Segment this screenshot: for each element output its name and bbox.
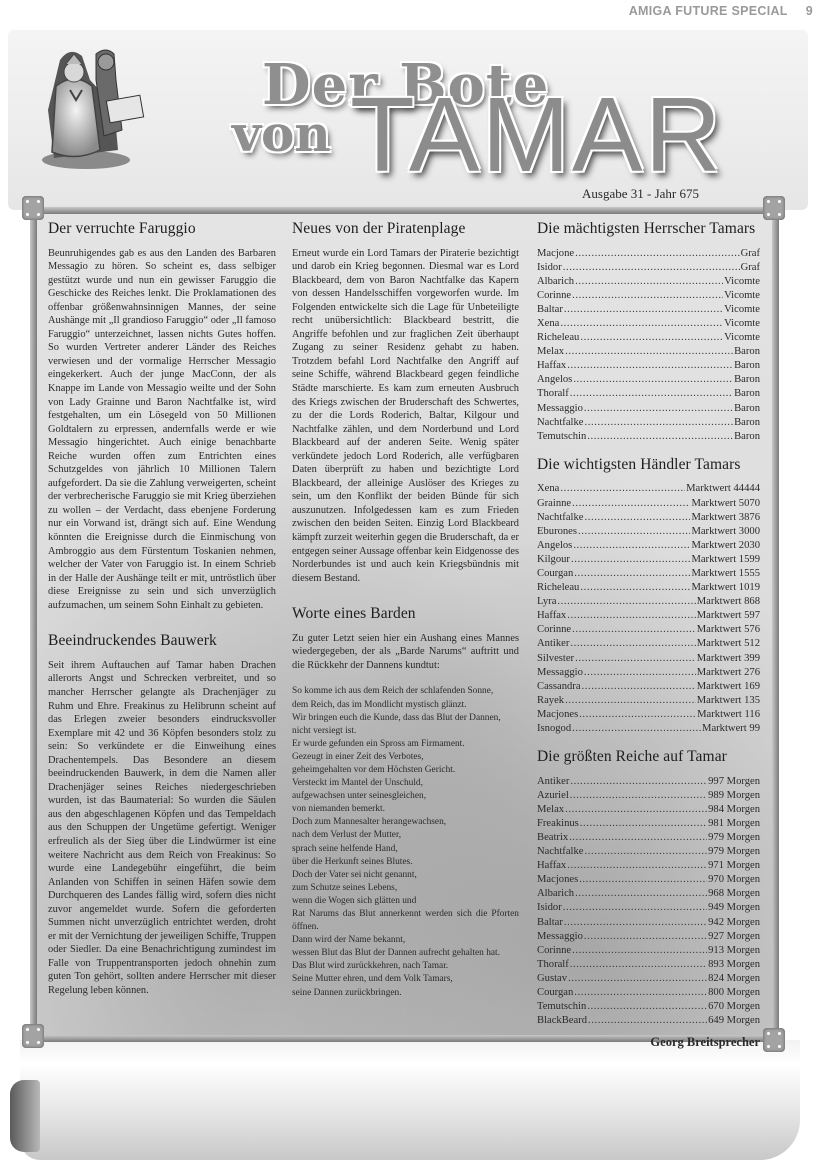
list-item: MacjonesMarktwert 116 [537,708,760,722]
list-item: Isidor949 Morgen [537,901,760,915]
traders-list: XenaMarktwert 44444 GrainneMarktwert 507… [537,482,760,736]
list-item: AlbarichVicomte [537,275,760,289]
list-item: Beatrix979 Morgen [537,831,760,845]
list-item: RayekMarktwert 135 [537,694,760,708]
poem-line: nicht versiegt ist. [292,725,519,738]
list-item: CorinneMarktwert 576 [537,623,760,637]
poem-line: Dann wird der Name bekannt, [292,934,519,947]
article-title: Der verruchte Faruggio [48,222,276,236]
poem-line: wenn die Wogen sich glätten und [292,895,519,908]
list-item: TemutschinBaron [537,430,760,444]
article-body: Zu guter Letzt seien hier ein Aushang ei… [292,632,519,673]
list-item: MessaggioBaron [537,402,760,416]
list-item: Macjones970 Morgen [537,873,760,887]
poem-line: Seine Mutter ehren, und dem Volk Tamars, [292,973,519,986]
list-item: RicheleauVicomte [537,331,760,345]
poem-line: sprach seine helfende Hand, [292,843,519,856]
list-item: Temutschin670 Morgen [537,1000,760,1014]
rod-knob-bottom-left [22,1024,44,1048]
scroll-roll-end [10,1080,40,1152]
list-item: AngelosMarktwert 2030 [537,539,760,553]
masthead-title-von: von [232,104,331,163]
issue-label: Ausgabe 31 - Jahr 675 [582,186,699,202]
list-item: AngelosBaron [537,373,760,387]
list-item: KilgourMarktwert 1599 [537,553,760,567]
list-item: Freakinus981 Morgen [537,817,760,831]
author-signature: Georg Breitsprecher [537,1036,760,1050]
list-item: BaltarVicomte [537,303,760,317]
list-item: Nachtfalke979 Morgen [537,845,760,859]
poem-line: aufgewachsen unter seinesgleichen, [292,790,519,803]
scroll-rod-top [36,207,781,214]
list-item: NachtfalkeMarktwert 3876 [537,511,760,525]
poem-line: dem Reich, das im Mondlicht mystisch glä… [292,699,519,712]
poem-line: wessen Blut das Blut der Dannen aufrecht… [292,947,519,960]
list-item: Thoralf893 Morgen [537,958,760,972]
column-left: Der verruchte Faruggio Beunruhigendes ga… [48,222,276,998]
scroll-rod-left [30,212,37,1037]
list-item: ThoralfBaron [537,387,760,401]
two-figures-reading-icon [30,40,150,172]
poem-line: von niemanden bemerkt. [292,803,519,816]
list-item: Azuriel989 Morgen [537,789,760,803]
poem-line: zum Schutze seines Lebens, [292,882,519,895]
list-item: IsnogodMarktwert 99 [537,722,760,736]
rod-knob-top-right [763,196,785,220]
list-item: SilvesterMarktwert 399 [537,652,760,666]
poem-line: Er wurde gefunden ein Spross am Firmamen… [292,738,519,751]
page-header: AMIGA FUTURE SPECIAL9 [629,4,813,18]
list-item: Albarich968 Morgen [537,887,760,901]
column-right: Die mächtigsten Herrscher Tamars Macjone… [537,222,760,1050]
list-item: MelaxBaron [537,345,760,359]
rulers-title: Die mächtigsten Herrscher Tamars [537,222,760,236]
list-item: Gustav824 Morgen [537,972,760,986]
list-item: HaffaxBaron [537,359,760,373]
poem-line: nach dem Verlust der Mutter, [292,829,519,842]
list-item: MessaggioMarktwert 276 [537,666,760,680]
list-item: Haffax971 Morgen [537,859,760,873]
column-middle: Neues von der Piratenplage Erneut wurde … [292,222,519,1000]
list-item: RicheleauMarktwert 1019 [537,581,760,595]
article-title: Worte eines Barden [292,607,519,621]
article-body: Erneut wurde ein Lord Tamars der Pirater… [292,247,519,586]
list-item: Antiker997 Morgen [537,775,760,789]
poem-line: über die Herkunft seines Blutes. [292,856,519,869]
page-number: 9 [806,4,813,18]
rod-knob-bottom-right [763,1028,785,1052]
poem-line: Rat Narums das Blut annerkennt werden si… [292,908,519,934]
poem-line: Wir bringen euch die Kunde, dass das Blu… [292,712,519,725]
list-item: CorinneVicomte [537,289,760,303]
article-title: Neues von der Piratenplage [292,222,519,236]
article-body: Seit ihrem Auftauchen auf Tamar haben Dr… [48,659,276,998]
list-item: IsidorGraf [537,261,760,275]
list-item: AntikerMarktwert 512 [537,637,760,651]
realms-title: Die größten Reiche auf Tamar [537,750,760,764]
rod-knob-top-left [22,196,44,220]
list-item: Corinne913 Morgen [537,944,760,958]
list-item: MacjoneGraf [537,247,760,261]
list-item: CourganMarktwert 1555 [537,567,760,581]
article-title: Beeindruckendes Bauwerk [48,634,276,648]
scroll-rod-right [772,212,779,1037]
rulers-list: MacjoneGraf IsidorGraf AlbarichVicomte C… [537,247,760,444]
bard-poem: So komme ich aus dem Reich der schlafend… [292,685,519,999]
list-item: NachtfalkeBaron [537,416,760,430]
list-item: Courgan800 Morgen [537,986,760,1000]
masthead-title-tamar: TAMAR [350,82,723,188]
article-body: Beunruhigendes gab es aus den Landen des… [48,247,276,613]
poem-line: Das Blut wird zurückkehren, nach Tamar. [292,960,519,973]
list-item: XenaVicomte [537,317,760,331]
traders-title: Die wichtigsten Händler Tamars [537,458,760,472]
poem-line: Doch zum Mannesalter herangewachsen, [292,816,519,829]
list-item: Melax984 Morgen [537,803,760,817]
list-item: Baltar942 Morgen [537,916,760,930]
publication-name: AMIGA FUTURE SPECIAL [629,4,788,18]
poem-line: geheimgehalten vor dem Höchsten Gericht. [292,764,519,777]
list-item: BlackBeard649 Morgen [537,1014,760,1028]
list-item: GrainneMarktwert 5070 [537,497,760,511]
list-item: XenaMarktwert 44444 [537,482,760,496]
poem-line: Doch der Vater sei nicht genannt, [292,869,519,882]
list-item: HaffaxMarktwert 597 [537,609,760,623]
list-item: EburonesMarktwert 3000 [537,525,760,539]
list-item: CassandraMarktwert 169 [537,680,760,694]
poem-line: So komme ich aus dem Reich der schlafend… [292,685,519,698]
scroll-bottom-roll [20,1040,800,1160]
poem-line: Gezeugt in einer Zeit des Verbotes, [292,751,519,764]
realms-list: Antiker997 Morgen Azuriel989 Morgen Mela… [537,775,760,1029]
poem-line: Versteckt im Mantel der Unschuld, [292,777,519,790]
list-item: LyraMarktwert 868 [537,595,760,609]
poem-line: seine Dannen zurückbringen. [292,987,519,1000]
list-item: Messaggio927 Morgen [537,930,760,944]
